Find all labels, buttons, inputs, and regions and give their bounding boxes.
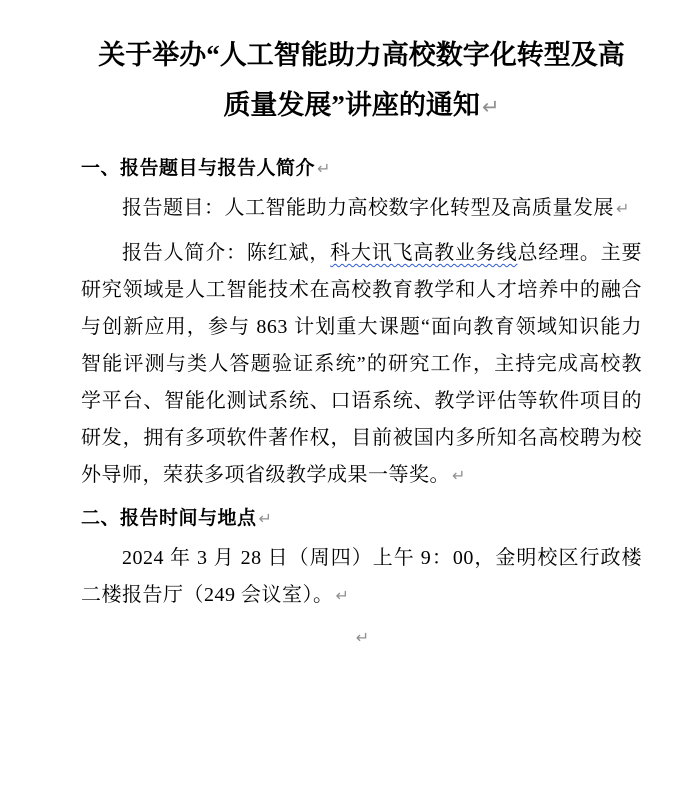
report-topic-text: 报告题目：人工智能助力高校数字化转型及高质量发展 [122, 197, 614, 219]
paragraph-mark-icon: ↵ [354, 628, 369, 647]
time-location-text: 2024 年 3 月 28 日（周四）上午 9：00，金明校区行政楼二楼报告厅（… [81, 547, 642, 606]
speaker-bio-before: 报告人简介：陈红斌， [122, 242, 330, 264]
document-page: 关于举办“人工智能助力高校数字化转型及高质量发展”讲座的通知↵ 一、报告题目与报… [0, 0, 692, 792]
paragraph-mark-icon: ↵ [315, 159, 330, 178]
title-line-1: 关于举办“人工智能助力高校数字化转型及高 [98, 40, 625, 70]
paragraph-mark-icon: ↵ [257, 509, 272, 528]
paragraph-time-location: 2024 年 3 月 28 日（周四）上午 9：00，金明校区行政楼二楼报告厅（… [81, 540, 642, 614]
paragraph-mark-icon: ↵ [480, 95, 500, 119]
section-heading-time-location: 二、报告时间与地点↵ [81, 498, 642, 540]
paragraph-report-topic: 报告题目：人工智能助力高校数字化转型及高质量发展↵ [81, 190, 642, 227]
paragraph-mark-icon: ↵ [334, 586, 349, 605]
document-title: 关于举办“人工智能助力高校数字化转型及高质量发展”讲座的通知↵ [81, 30, 642, 132]
section-heading-2-text: 二、报告时间与地点 [81, 508, 257, 529]
speaker-bio-after: 总经理。主要研究领域是人工智能技术在高校教育教学和人才培养中的融合与创新应用，参… [81, 242, 642, 486]
section-heading-report-intro: 一、报告题目与报告人简介↵ [81, 148, 642, 190]
speaker-company-underlined: 科大讯飞高教业务线 [330, 242, 517, 264]
paragraph-mark-icon: ↵ [450, 466, 465, 485]
paragraph-mark-icon: ↵ [614, 199, 629, 218]
paragraph-speaker-bio: 报告人简介：陈红斌，科大讯飞高教业务线总经理。主要研究领域是人工智能技术在高校教… [81, 235, 642, 494]
empty-paragraph: ↵ [81, 619, 642, 656]
title-line-2: 质量发展”讲座的通知 [223, 90, 480, 120]
section-heading-1-text: 一、报告题目与报告人简介 [81, 158, 315, 179]
